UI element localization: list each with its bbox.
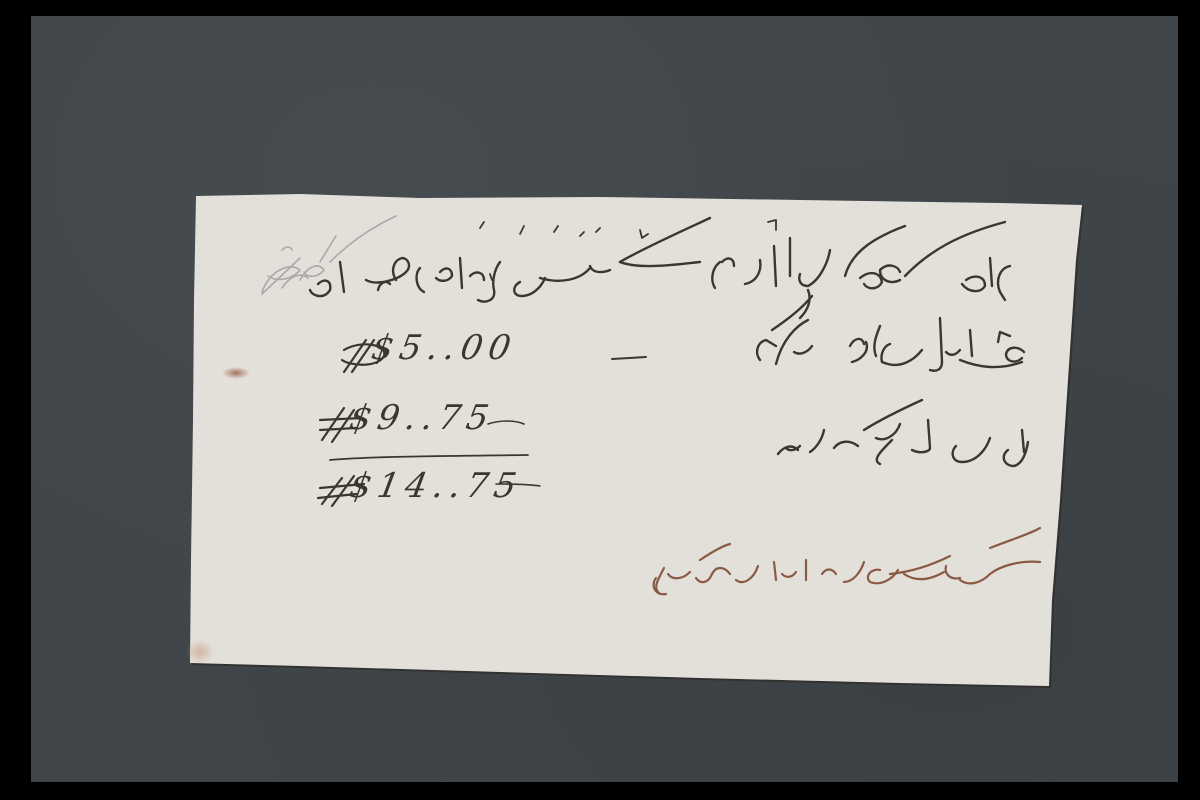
amount-3: $14..75 bbox=[346, 466, 525, 506]
amount-1: $5..00 bbox=[368, 328, 519, 368]
ink-stain bbox=[222, 367, 250, 379]
amount-2: $9..75 bbox=[346, 398, 497, 438]
paper-note bbox=[0, 0, 1200, 800]
